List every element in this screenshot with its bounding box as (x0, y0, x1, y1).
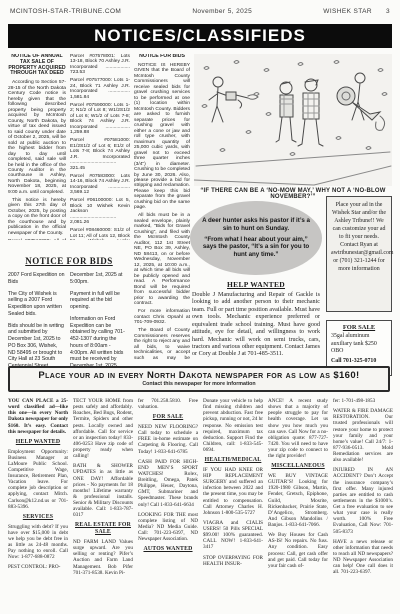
gravel-bids-column: NOTICE FOR BIDS NOTICE IS HEREBY GIVEN t… (134, 54, 190, 360)
city-bids-column-b: December 1st, 2025 at 5:00pm. Payment in… (70, 272, 130, 364)
city-bids-para: December 1st, 2025 at 5:00pm. (70, 272, 130, 286)
classified-ad: WATER & FIRE DAMAGE RESTORATION. Our tru… (333, 408, 393, 463)
help-wanted-title: HELP WANTED (192, 280, 320, 289)
gravel-bids-para: The Board of County Commissioners reserv… (134, 328, 190, 360)
site-url: MCINTOSH-STAR-TRIBUNE.COM (10, 8, 121, 15)
help-wanted-body: Double J Manufacturing and Repair of Gac… (192, 292, 320, 359)
parcel-entry: Parcel #07583000: Lots 14-16, Block 74 A… (70, 174, 130, 196)
classified-ad: INJURED IN AN ACCIDENT? Don’t Accept the… (333, 467, 393, 534)
joke-bubble: A deer hunter asks his pastor if it’s a … (190, 201, 322, 275)
classifieds-column-1: YOU CAN PLACE a 25-word classified ad—li… (8, 398, 68, 612)
house-ad-box: Place your ad in the Wishek Star and/or … (326, 196, 392, 312)
leaf-blower-cartoon-illustration (194, 54, 392, 186)
classified-ad: fer: 1-701-498-1853 (333, 398, 393, 404)
classifieds-column-3: fer 701.258.5810. Free valuation. FOR SA… (138, 398, 198, 612)
parcel-entry: Parcel #06100000: Lot 5, Block 10 Wishek… (70, 198, 130, 225)
classified-ad: NEED NEW FLOORING? Call today to schedul… (138, 424, 198, 455)
section-banner: NOTICES/CLASSIFIEDS (8, 24, 392, 48)
gravel-bids-para: For more information contact Chris Opsah… (134, 309, 190, 325)
classified-ad: HAVE a news release or other information… (333, 539, 393, 576)
classified-ad: BATH & SHOWER UPDATES in as little as ON… (73, 463, 133, 518)
house-ad-text: Place your ad in the Wishek Star and/or … (331, 202, 394, 272)
city-bids-para: The City of Wishek is selling a 2007 For… (8, 291, 66, 318)
classified-header-real-estate: REAL ESTATE FOR SALE (73, 522, 133, 536)
tax-sale-column-1: NOTICE OF ANNUAL TAX SALE OF PROPERTY AC… (8, 54, 66, 240)
city-bids-title: NOTICE FOR BIDS (8, 256, 130, 266)
classified-ad: IF YOU HAD KNEE OR HIP REPLACEMENT SURGE… (203, 467, 263, 516)
section-title: NOTICES/CLASSIFIEDS (94, 26, 306, 46)
editorial-cartoon (194, 54, 392, 186)
classifieds-column-4: Donate your vehicle to help find missing… (203, 398, 263, 612)
masthead: MCINTOSH-STAR-TRIBUNE.COM November 5, 20… (10, 8, 390, 15)
city-bids-para: 2007 Ford Expedition on Bids (8, 272, 66, 286)
city-bids-para: Payment in full will be required at the … (70, 291, 130, 311)
classified-ad: Donate your vehicle to help find missing… (203, 398, 263, 453)
gravel-bids-para: NOTICE IS HEREBY GIVEN that the Board of… (134, 63, 190, 211)
parcel-entry: Parcel #07577000: Lots 1-24, Block 71 As… (70, 78, 130, 100)
edition-name: WISHEK STAR (323, 8, 372, 15)
for-sale-title: FOR SALE (331, 324, 387, 331)
for-sale-body: 35gal aluminum auxiliary tank $250 OBO (331, 333, 387, 356)
city-bids-column-a: 2007 Ford Expedition on Bids The City of… (8, 272, 66, 364)
parcel-entry: Parcel #07590000: Lots 1-2; N1/2 of Lot … (70, 103, 130, 136)
parcel-entry: Parcel #08460000: S1/2 of Lot 11; All of… (70, 228, 130, 240)
newspaper-page: MCINTOSH-STAR-TRIBUNE.COM November 5, 20… (0, 0, 400, 614)
classified-ad: TECT YOUR HOME from pests safely and aff… (73, 398, 133, 459)
classified-ad: YOU CAN PLACE a 25-word classified ad—li… (8, 398, 68, 435)
gravel-bids-para: All bids must be in a sealed envelope, p… (134, 213, 190, 306)
classified-ad: We Buy Houses for Cash AS-IS! No repairs… (268, 532, 328, 569)
issue-date: November 5, 2025 (192, 8, 252, 15)
for-sale-phone: Call 701-325-0710 (331, 358, 387, 366)
tax-sale-column-2: Parcel #07578001: Lots 13-18, Block 70 A… (70, 54, 130, 240)
classified-ad: CASH PAID FOR HIGH-END MEN’S SPORT WATCH… (138, 459, 198, 508)
classified-ad: Struggling with debt? If you have over $… (8, 524, 68, 561)
classified-ad: ANCE! A recent study shows that a majori… (268, 398, 328, 459)
classifieds-column-5: ANCE! A recent study shows that a majori… (268, 398, 328, 612)
classifieds-column-2: TECT YOUR HOME from pests safely and aff… (73, 398, 133, 612)
help-wanted-notice: HELP WANTED Double J Manufacturing and R… (192, 280, 320, 359)
page-number: 3 (386, 8, 390, 15)
classified-header-health-medical: HEALTH/MEDICAL (203, 457, 263, 464)
gravel-bids-title: NOTICE FOR BIDS (134, 54, 190, 60)
joke-line-2: “From what I hear about your aim,” says … (202, 236, 310, 259)
classified-ad: STOP OVERPAYING FOR HEALTH INSUR- (203, 555, 263, 567)
classified-ad: PEST CONTROL: PRO- (8, 564, 68, 570)
classified-ad: Employment Opportunity: Business Manager… (8, 449, 68, 510)
classified-ad: VIAGRA and CIALIS USERS! 50 Pills SPECIA… (203, 520, 263, 551)
parcel-entry: Parcel #07512000: All of Block 59 Ashley… (8, 239, 66, 240)
classified-header-services: SERVICES (8, 514, 68, 521)
statewide-ad-banner: Place your ad in every North Dakota news… (8, 366, 390, 392)
classifieds-column-6: fer: 1-701-498-1853 WATER & FIRE DAMAGE … (333, 398, 393, 612)
tax-sale-para: This notice is hereby given this 27th da… (8, 198, 66, 236)
classified-ad: LOOKING FOR THE most complete listing of… (138, 512, 198, 543)
joke-line-1: A deer hunter asks his pastor if it’s a … (202, 217, 310, 233)
parcel-entry: Parcel #07578001: Lots 13-18, Block 70 A… (70, 54, 130, 76)
ad-banner-title: Place your ad in every North Dakota news… (38, 371, 359, 381)
ad-banner-subtitle: Contact this newspaper for more informat… (142, 381, 255, 387)
classified-header-help-wanted: HELP WANTED (8, 439, 68, 446)
classified-ad: fer 701.258.5810. Free valuation. (138, 398, 198, 410)
parcel-entry: Parcel #07581000: E1/2S1/2 of Lot 6; E1/… (70, 138, 130, 171)
tax-sale-para: According to Section 57-28-15 of the Nor… (8, 80, 66, 195)
classified-ad: ND FARM LAND Values surge upward. Are yo… (73, 539, 133, 576)
city-bids-para: Information on Ford Expedition can be ob… (70, 316, 130, 370)
tax-sale-title: NOTICE OF ANNUAL TAX SALE OF PROPERTY AC… (8, 54, 66, 77)
classified-header-for-sale: FOR SALE (138, 414, 198, 421)
classified-header-miscellaneous: MISCELLANEOUS (268, 463, 328, 470)
classified-header-autos-wanted: AUTOS WANTED (138, 546, 198, 553)
classified-ad: WE BUY VINTAGE GUITAR’S! Looking for 192… (268, 473, 328, 528)
